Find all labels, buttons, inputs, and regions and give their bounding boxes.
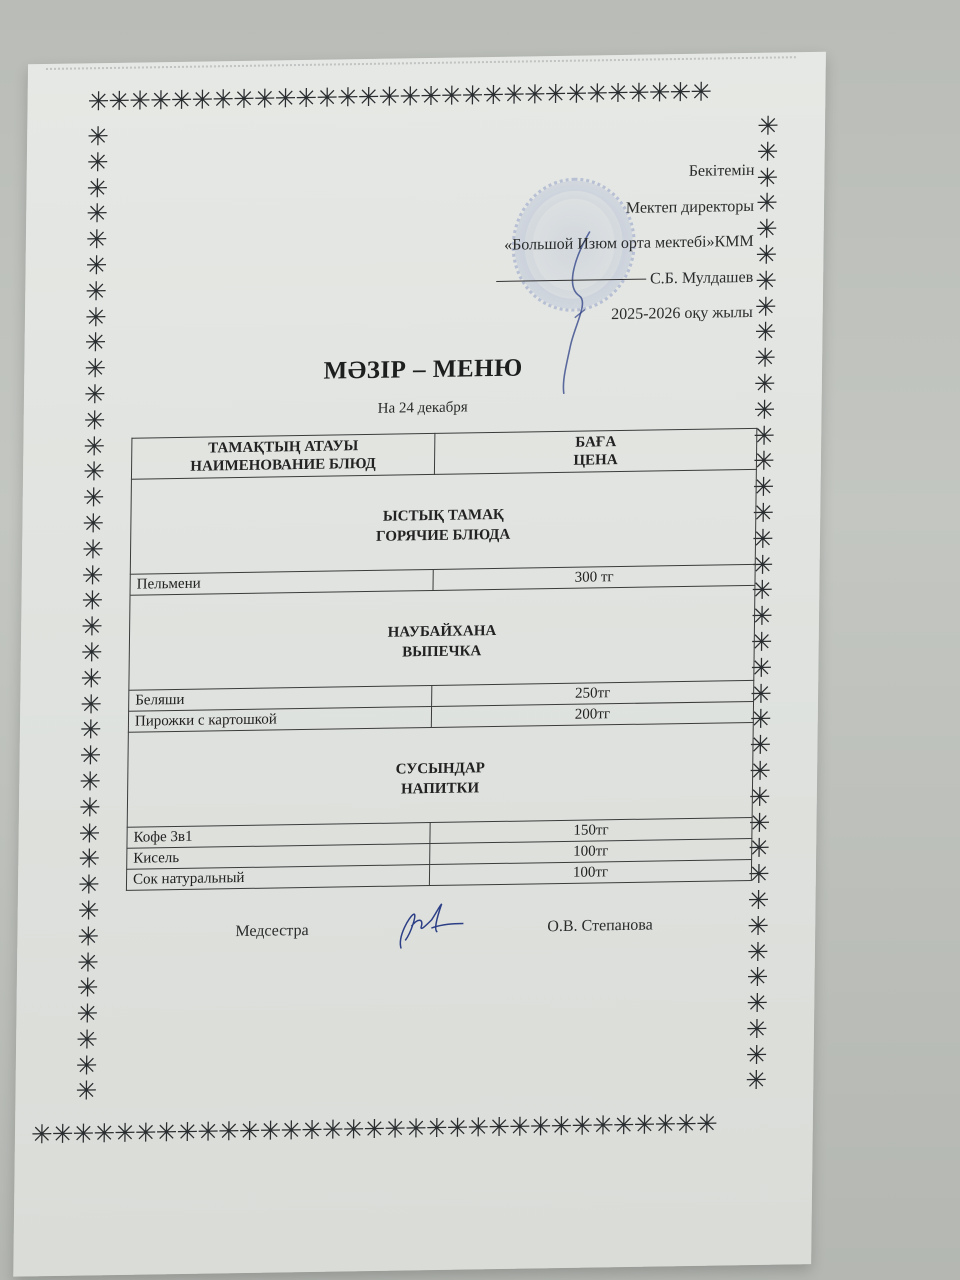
section-title: ЫСТЫҚ ТАМАҚГОРЯЧИЕ БЛЮДА	[130, 469, 756, 574]
dish-name: Сок натуральный	[126, 865, 429, 891]
decorative-border-top: ✳✳✳✳✳✳✳✳✳✳✳✳✳✳✳✳✳✳✳✳✳✳✳✳✳✳✳✳✳✳	[87, 78, 787, 115]
approval-line-signer: С.Б. Мулдашев	[496, 259, 754, 299]
asterisk-ornament-icon: ✳	[747, 889, 775, 915]
dish-price: 100тг	[429, 860, 751, 886]
header-price: БАҒА ЦЕНА	[434, 428, 756, 474]
nurse-role: Медсестра	[235, 922, 308, 941]
menu-date: На 24 декабря	[24, 394, 822, 424]
section-row: НАУБАЙХАНАВЫПЕЧКА	[129, 585, 755, 690]
asterisk-ornament-icon: ✳	[79, 796, 107, 822]
decorative-border-bottom: ✳✳✳✳✳✳✳✳✳✳✳✳✳✳✳✳✳✳✳✳✳✳✳✳✳✳✳✳✳✳✳✳✳	[31, 1110, 811, 1148]
menu-paper-sheet: ✳✳✳✳✳✳✳✳✳✳✳✳✳✳✳✳✳✳✳✳✳✳✳✳✳✳✳✳✳✳ ✳✳✳✳✳✳✳✳✳…	[13, 52, 826, 1277]
menu-table: ТАМАҚТЫҢ АТАУЫ НАИМЕНОВАНИЕ БЛЮД БАҒА ЦЕ…	[126, 428, 757, 891]
approval-line-approve: Бекітемін	[497, 153, 755, 193]
approval-line-position: Мектеп директоры	[497, 188, 755, 228]
nurse-name: О.В. Степанова	[547, 917, 653, 937]
page-title: МӘЗІР – МЕНЮ	[24, 350, 822, 391]
asterisk-ornament-icon: ✳	[747, 914, 775, 940]
asterisk-ornament-icon: ✳	[755, 269, 783, 295]
show-through-text	[46, 56, 796, 76]
asterisk-ornament-icon: ✳	[757, 140, 785, 166]
asterisk-ornament-icon: ✳	[77, 925, 105, 951]
asterisk-ornament-icon: ✳	[87, 151, 115, 177]
approval-block: Бекітемін Мектеп директоры «Большой Изюм…	[495, 153, 754, 335]
asterisk-ornament-icon: ✳	[745, 1069, 773, 1095]
asterisk-ornament-icon: ✳	[80, 667, 108, 693]
asterisk-ornament-icon: ✳	[82, 538, 110, 564]
decorative-border-left: ✳✳✳✳✳✳✳✳✳✳✳✳✳✳✳✳✳✳✳✳✳✳✳✳✳✳✳✳✳✳✳✳✳✳✳✳✳✳	[75, 125, 115, 1116]
nurse-signature	[387, 895, 468, 956]
asterisk-ornament-icon: ✳	[75, 1080, 103, 1106]
section-row: СУСЫНДАРНАПИТКИ	[127, 722, 753, 827]
header-dish-name: ТАМАҚТЫҢ АТАУЫ НАИМЕНОВАНИЕ БЛЮД	[131, 433, 434, 479]
asterisk-ornament-icon: ✳	[76, 1028, 104, 1054]
approval-line-year: 2025-2026 оқу жылы	[495, 295, 753, 335]
signature-line	[496, 278, 646, 281]
asterisk-ornament-icon: ✳	[85, 280, 113, 306]
section-title: СУСЫНДАРНАПИТКИ	[127, 722, 753, 827]
approval-line-school: «Большой Изюм орта мектебі»КММ	[496, 224, 754, 264]
section-row: ЫСТЫҚ ТАМАҚГОРЯЧИЕ БЛЮДА	[130, 469, 756, 574]
section-title: НАУБАЙХАНАВЫПЕЧКА	[129, 585, 755, 690]
asterisk-ornament-icon: ✳	[746, 1018, 774, 1044]
